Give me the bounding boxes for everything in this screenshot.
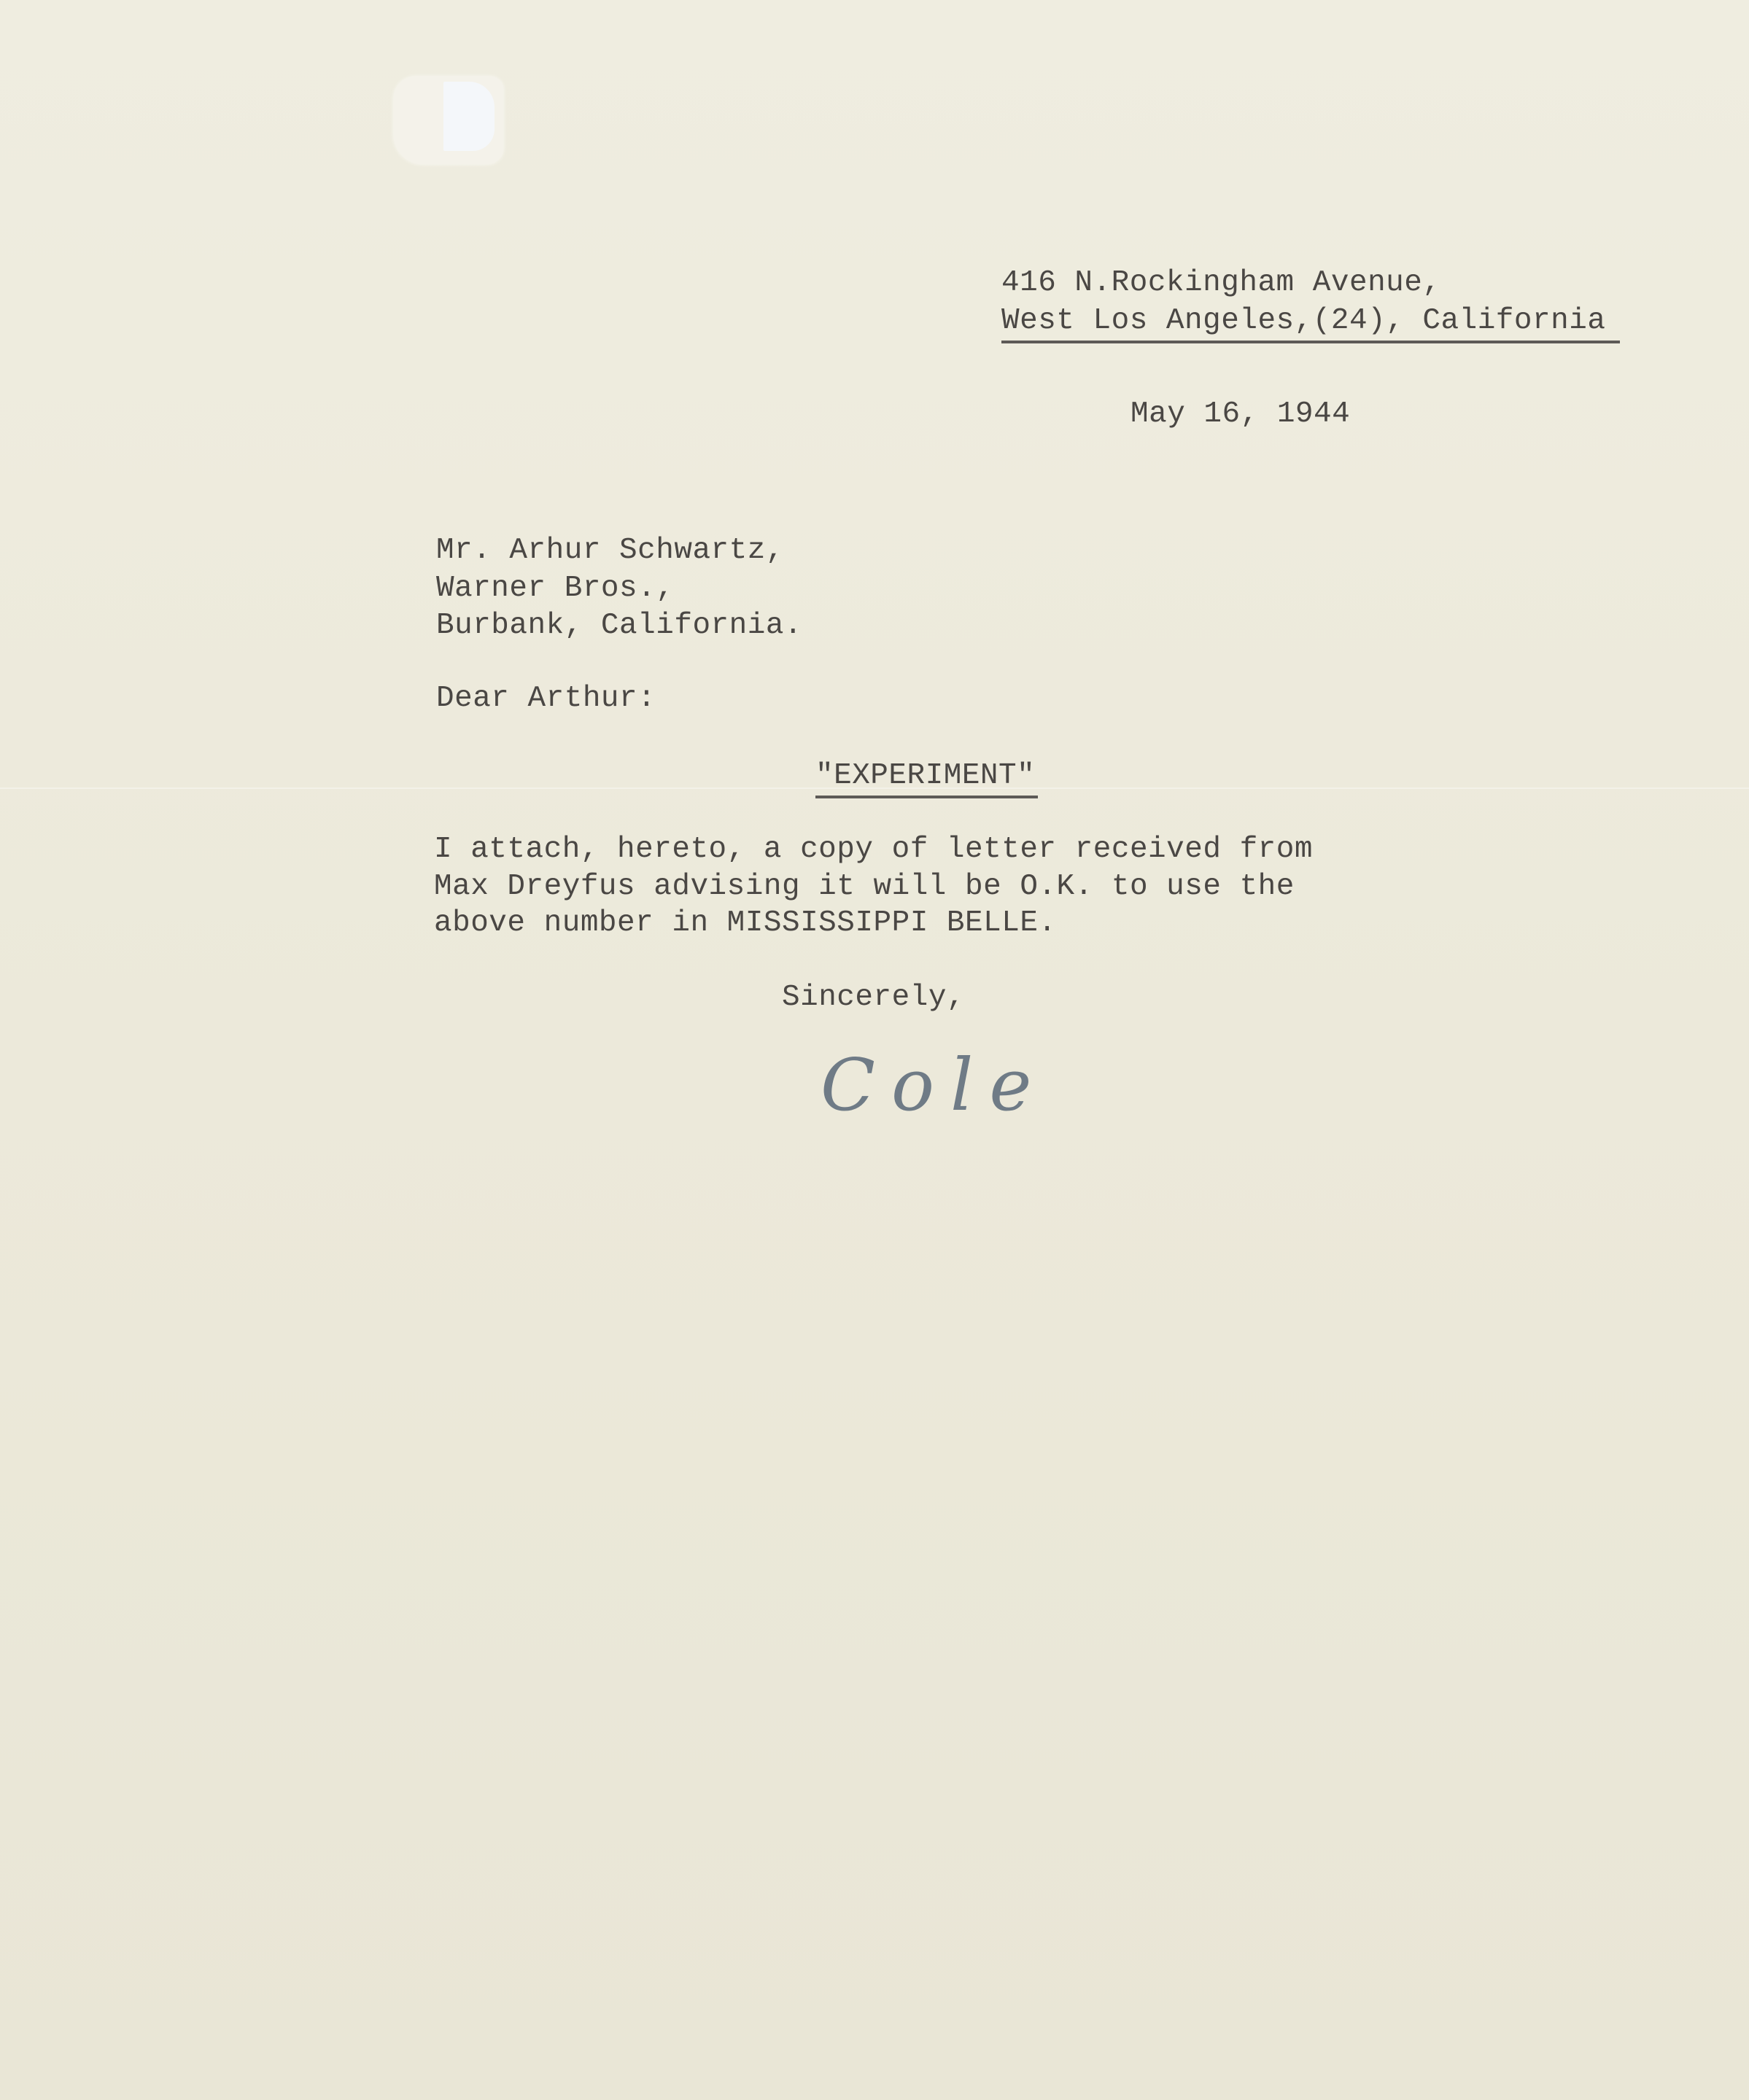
handwritten-signature: Cole [821,1050,1047,1121]
closing: Sincerely, [782,983,965,1013]
body-line-2: Max Dreyfus advising it will be O.K. to … [434,872,1295,902]
paper-hole [443,82,495,151]
subject-heading: "EXPERIMENT" [815,761,1038,798]
sender-address-line2: West Los Angeles,(24), California [1001,306,1620,343]
letter-page: 416 N.Rockingham Avenue, West Los Angele… [0,0,1749,2100]
sender-address-line1: 416 N.Rockingham Avenue, [1001,268,1441,298]
recipient-city: Burbank, California. [436,611,802,641]
salutation: Dear Arthur: [436,684,656,714]
body-line-1: I attach, hereto, a copy of letter recei… [434,835,1313,865]
letter-date: May 16, 1944 [1131,400,1350,429]
recipient-name: Mr. Arhur Schwartz, [436,536,784,566]
body-line-3: above number in MISSISSIPPI BELLE. [434,909,1057,938]
recipient-company: Warner Bros., [436,574,674,604]
